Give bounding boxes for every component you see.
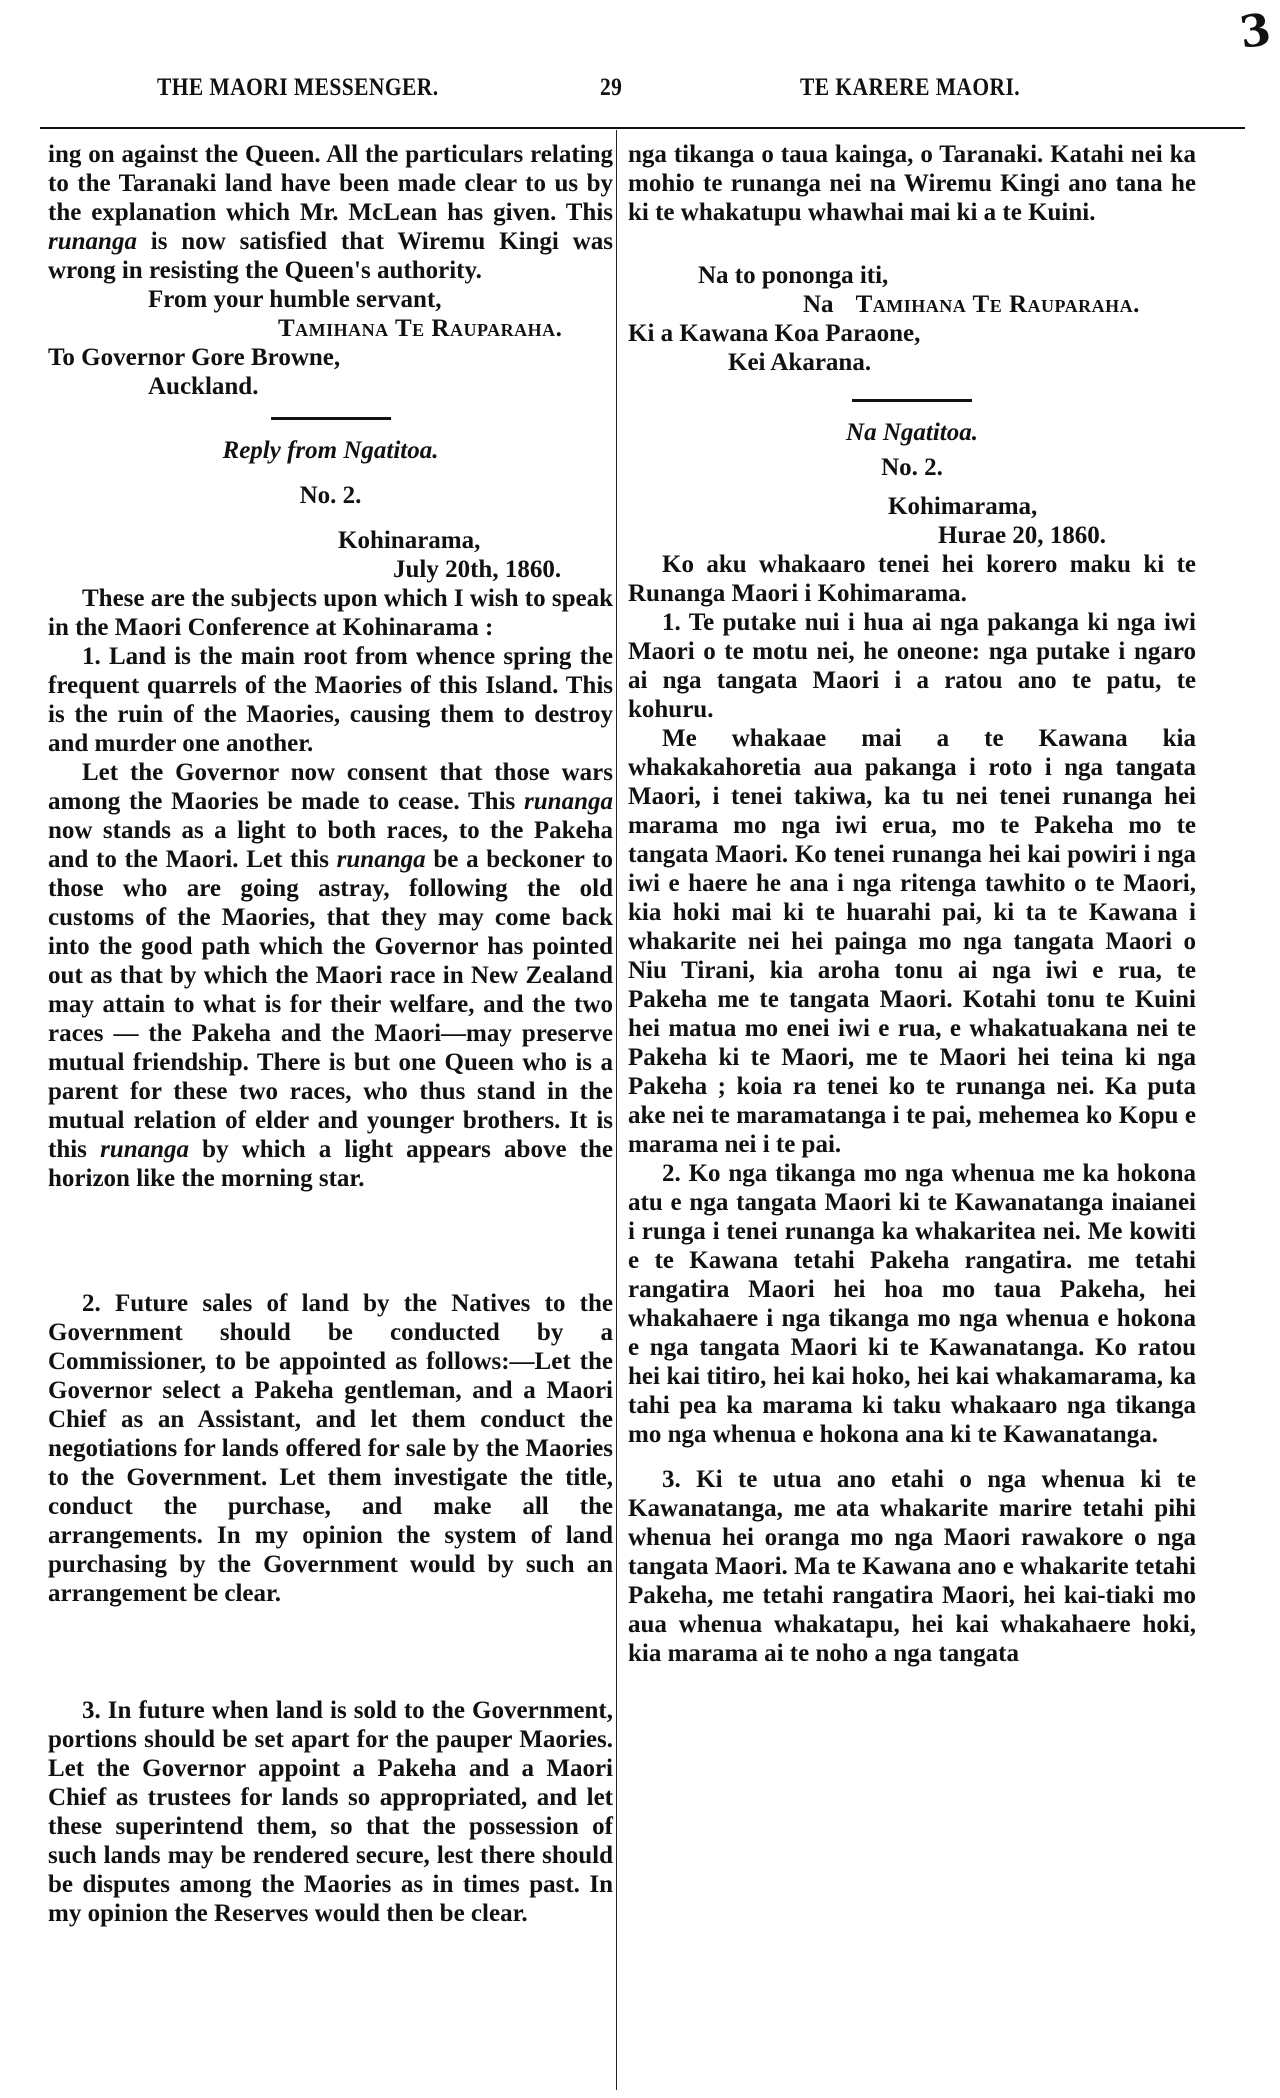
english-date: July 20th, 1860.: [48, 555, 613, 584]
maori-item-3: 3. Ki te utua ano etahi o nga whenua ki …: [628, 1465, 1196, 1668]
text: ing on against the Queen. All the partic…: [48, 141, 613, 226]
maori-date: Hurae 20, 1860.: [628, 521, 1196, 550]
english-addressee-city: Auckland.: [48, 372, 613, 401]
maori-addressee-city: Kei Akarana.: [628, 348, 1196, 377]
italic-term: runanga: [100, 1136, 189, 1163]
english-column: ing on against the Queen. All the partic…: [48, 140, 613, 1928]
english-item-2: 2. Future sales of land by the Natives t…: [48, 1289, 613, 1608]
english-letter-number: No. 2.: [48, 481, 613, 510]
running-head: THE MAORI MESSENGER. 29 TE KARERE MAORI.: [0, 74, 1280, 110]
english-section-heading: Reply from Ngatitoa.: [48, 436, 613, 465]
maori-item-2: 2. Ko nga tikanga mo nga whenua me ka ho…: [628, 1159, 1196, 1449]
section-rule: [852, 399, 972, 402]
maori-paragraph-2: Me whakaae mai a te Kawana kia whakakaho…: [628, 724, 1196, 1159]
maori-section-heading: Na Ngatitoa.: [628, 418, 1196, 447]
english-item-3: 3. In future when land is sold to the Go…: [48, 1696, 613, 1928]
page-number: 29: [600, 74, 622, 102]
italic-term: runanga: [48, 228, 137, 255]
maori-item-1: 1. Te putake nui i hua ai nga pakanga ki…: [628, 608, 1196, 724]
maori-continued-paragraph: nga tikanga o taua kainga, o Taranaki. K…: [628, 140, 1196, 227]
italic-term: runanga: [524, 788, 613, 815]
maori-closing: Na to pononga iti,: [628, 261, 1196, 290]
maori-place: Kohimarama,: [628, 492, 1196, 521]
english-signature: Tamihana Te Rauparaha.: [48, 314, 613, 343]
signature-prefix: Na: [803, 291, 834, 318]
maori-intro: Ko aku whakaaro tenei hei korero maku ki…: [628, 550, 1196, 608]
english-paragraph-2: Let the Governor now consent that those …: [48, 758, 613, 1193]
maori-signature: Tamihana Te Rauparaha.: [856, 291, 1140, 318]
english-intro: These are the subjects upon which I wish…: [48, 584, 613, 642]
english-addressee: To Governor Gore Browne,: [48, 343, 613, 372]
english-closing: From your humble servant,: [48, 285, 613, 314]
section-rule: [271, 417, 391, 420]
english-title: THE MAORI MESSENGER.: [157, 74, 439, 102]
english-place: Kohinarama,: [48, 526, 613, 555]
maori-letter-number: No. 2.: [628, 453, 1196, 482]
maori-column: nga tikanga o taua kainga, o Taranaki. K…: [628, 140, 1196, 1668]
handwritten-page-mark: 3: [1237, 4, 1274, 59]
italic-term: runanga: [337, 846, 426, 873]
maori-signature-line: NaTamihana Te Rauparaha.: [628, 290, 1196, 319]
column-divider: [616, 130, 617, 2090]
text: be a beckoner to those who are going ast…: [48, 846, 613, 1163]
header-rule: [40, 127, 1245, 129]
maori-title: TE KARERE MAORI.: [800, 74, 1020, 102]
english-item-1: 1. Land is the main root from whence spr…: [48, 642, 613, 758]
english-continued-paragraph: ing on against the Queen. All the partic…: [48, 140, 613, 285]
maori-addressee: Ki a Kawana Koa Paraone,: [628, 319, 1196, 348]
